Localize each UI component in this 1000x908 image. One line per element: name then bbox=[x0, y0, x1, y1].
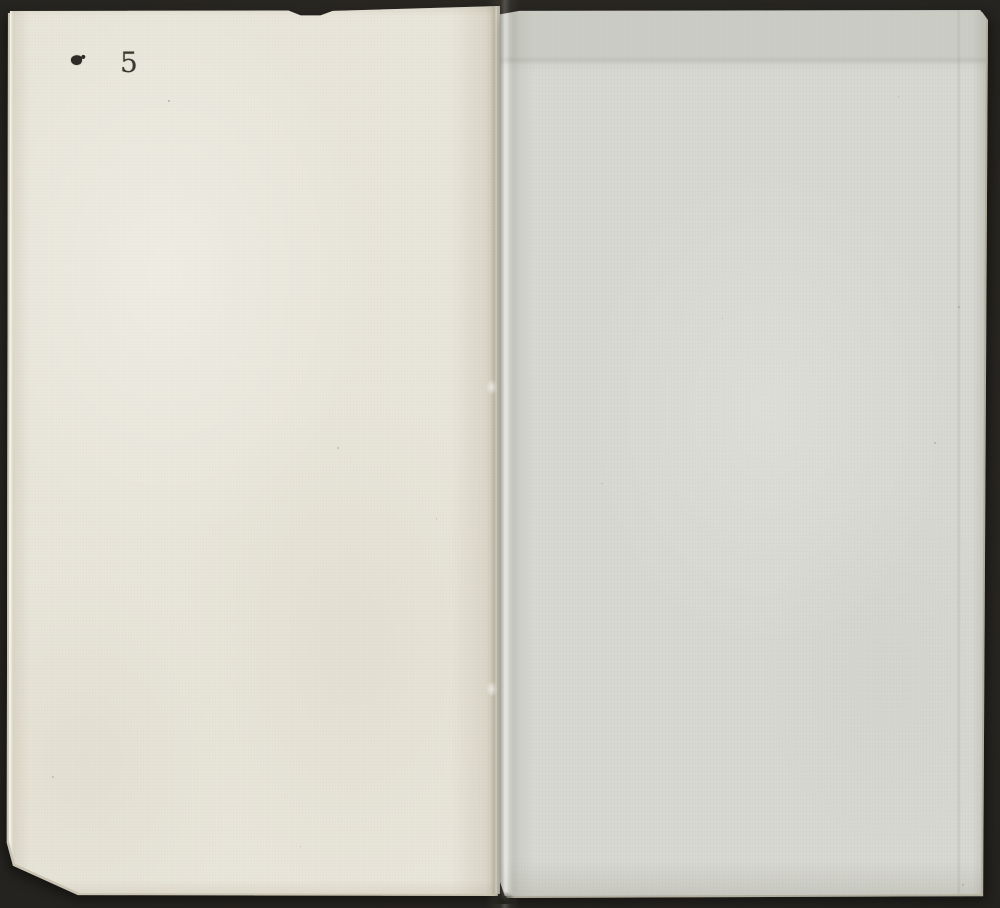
gutter-bottom-notch bbox=[490, 882, 518, 904]
paper-speck bbox=[168, 100, 170, 102]
gutter-crease bbox=[491, 6, 498, 894]
paper-speck bbox=[337, 447, 339, 449]
paper-speck bbox=[601, 483, 603, 484]
paper-speck bbox=[52, 776, 54, 778]
page-number: 5 bbox=[120, 49, 138, 77]
paper-speck bbox=[722, 318, 723, 319]
scanned-book-spread: 5 bbox=[0, 0, 1000, 908]
paper-speck bbox=[898, 96, 899, 98]
left-page bbox=[8, 6, 500, 894]
paper-speck bbox=[300, 846, 301, 847]
right-page-paper bbox=[500, 10, 986, 896]
paper-speck bbox=[962, 884, 964, 886]
paper-speck bbox=[958, 306, 960, 308]
paper-speck bbox=[934, 442, 936, 444]
paper-speck bbox=[436, 518, 437, 520]
left-page-paper bbox=[8, 6, 500, 894]
right-page bbox=[500, 10, 986, 896]
